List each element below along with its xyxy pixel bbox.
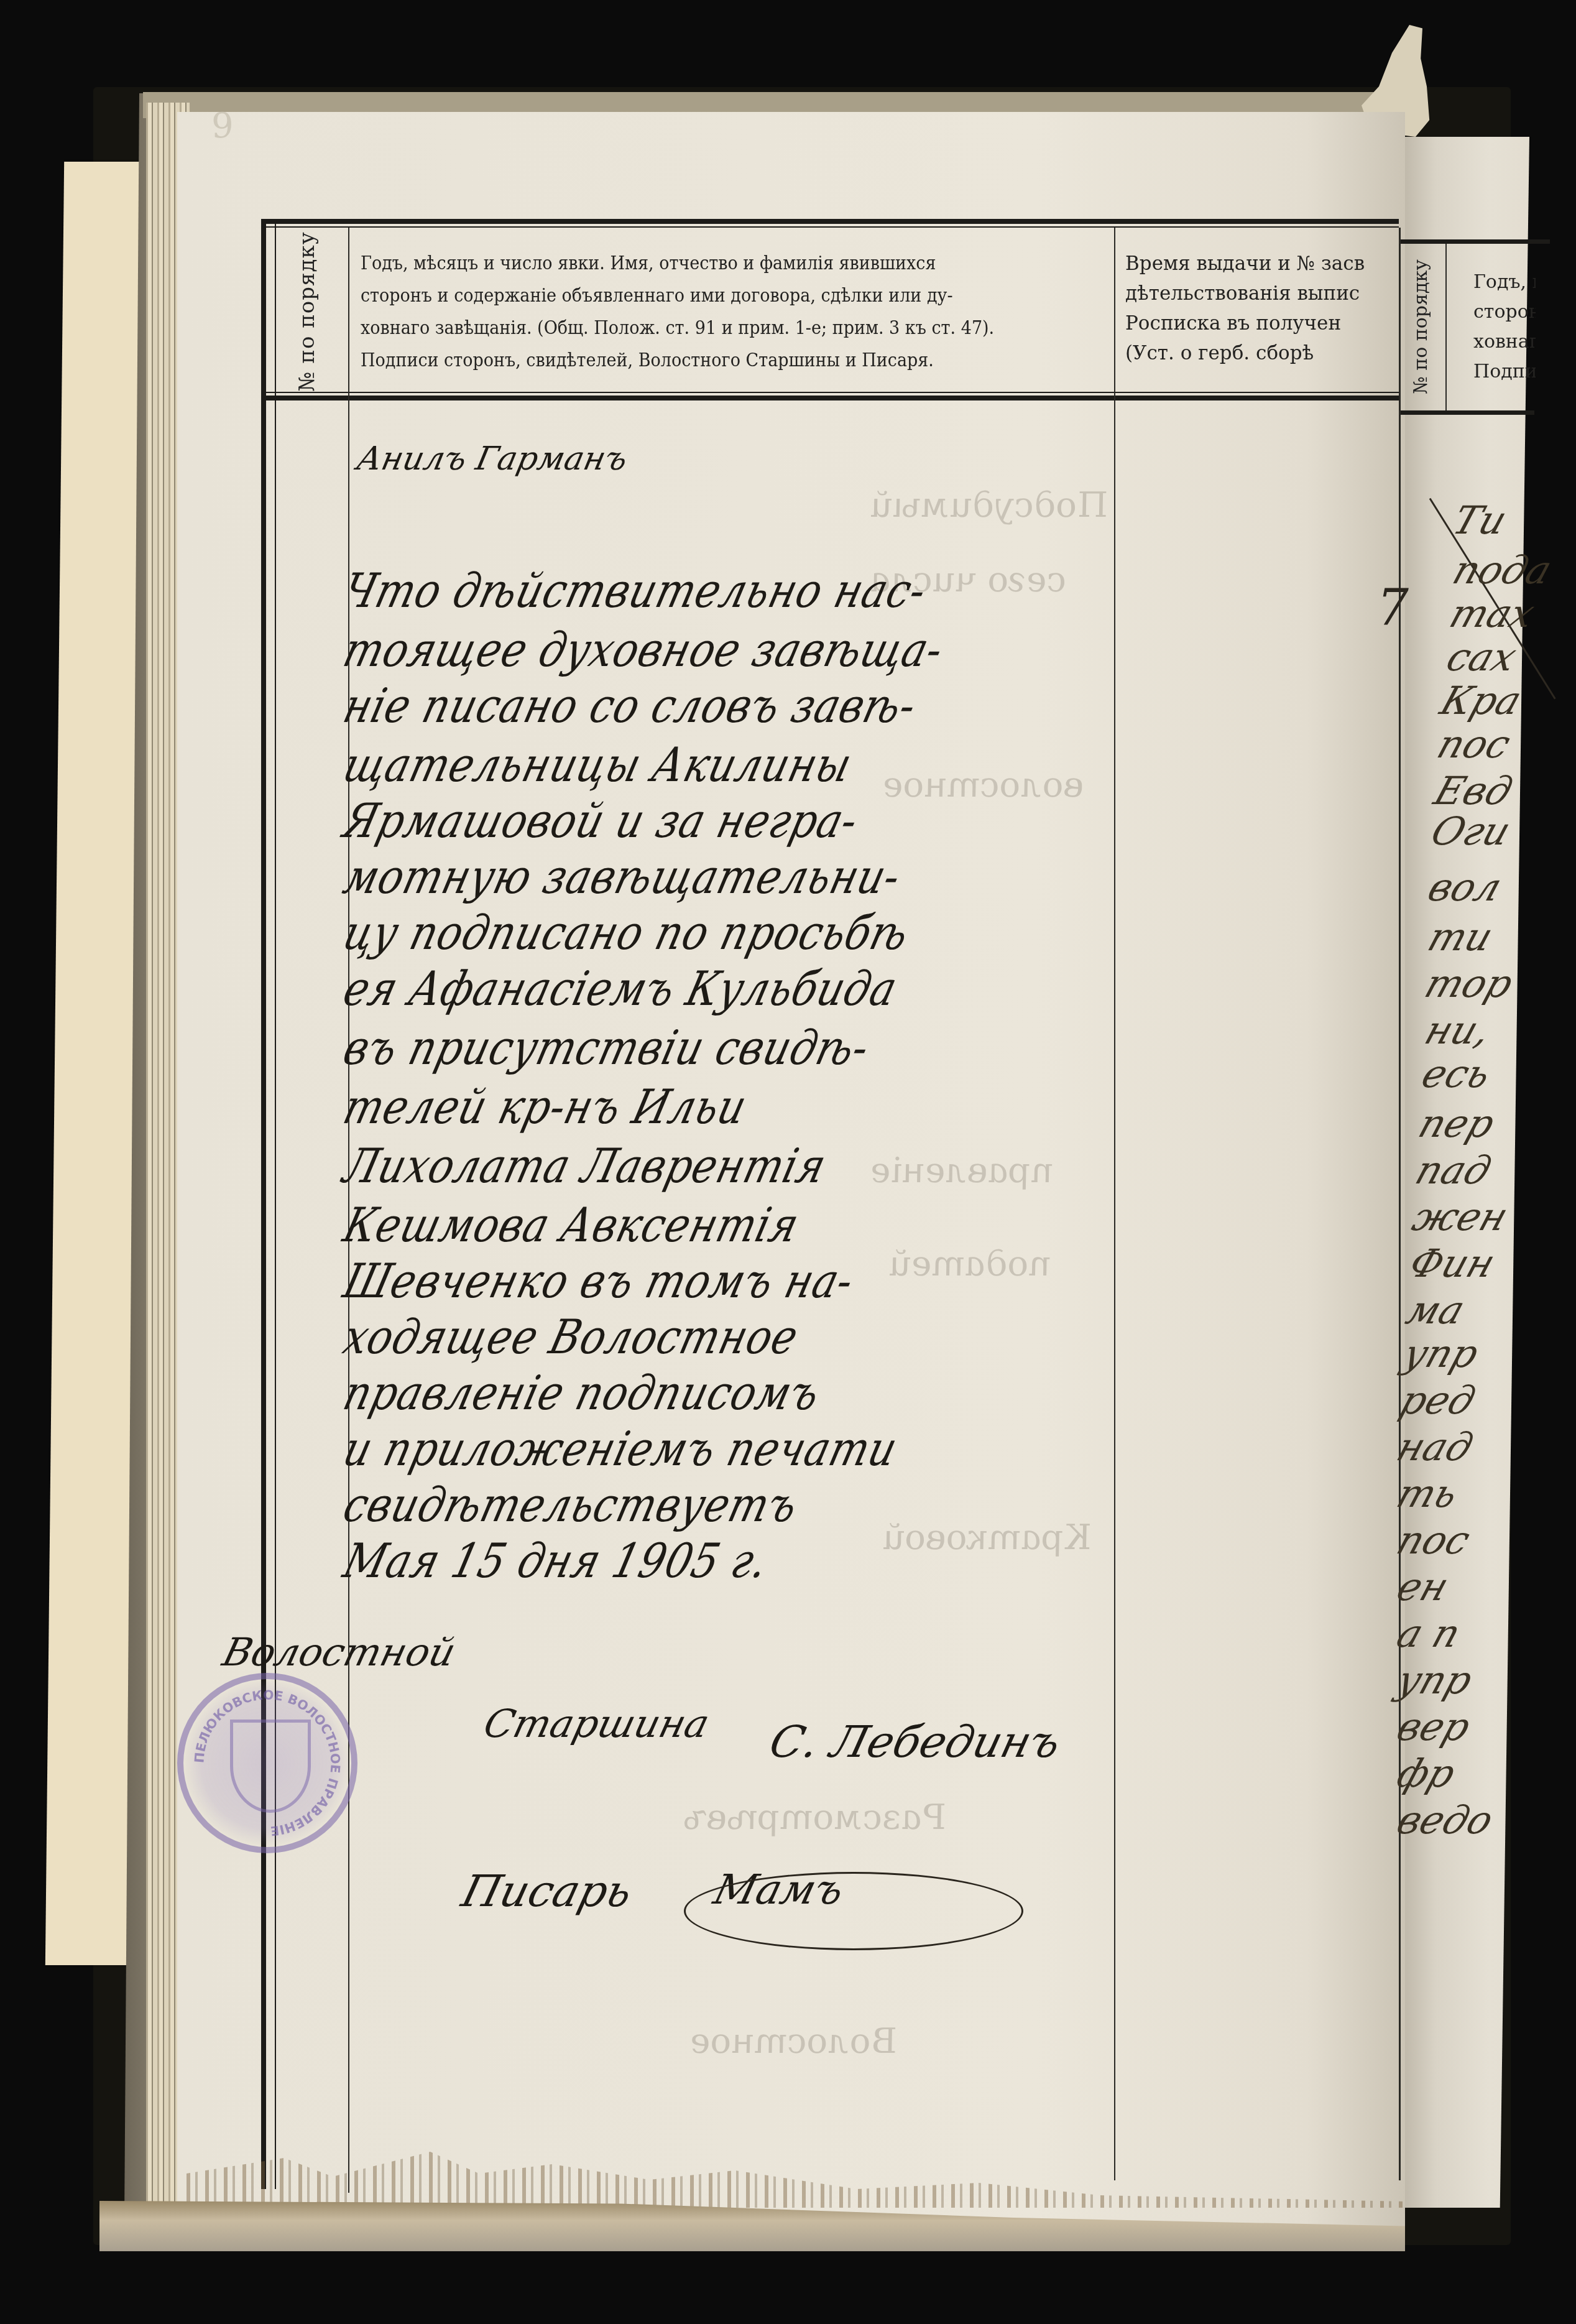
facing-fragment: ведо bbox=[1391, 1797, 1499, 1843]
svg-text:ПЕЛЮКОВСКОЕ ВОЛОСТНОЕ ПРАВЛЕНІ: ПЕЛЮКОВСКОЕ ВОЛОСТНОЕ ПРАВЛЕНІЕ bbox=[191, 1687, 343, 1838]
header-receipt-line: дѣтельствованія выпис bbox=[1125, 279, 1399, 308]
entry-line: правленіе подписомъ bbox=[338, 1365, 826, 1420]
facing-fragment: пос bbox=[1432, 721, 1516, 767]
entry-line: ніе писано со словъ завѣ- bbox=[338, 678, 922, 733]
entry-line: телей кр-нъ Ильи bbox=[338, 1079, 752, 1134]
official-seal-stamp: ПЕЛЮКОВСКОЕ ВОЛОСТНОЕ ПРАВЛЕНІЕ bbox=[177, 1673, 357, 1853]
entry-line: ея Афанасіемъ Кульбида bbox=[338, 961, 903, 1016]
header-main-column: Годъ, мѣсяцъ и число явки. Имя, отчество… bbox=[361, 248, 1032, 377]
facing-column-divider bbox=[1445, 244, 1447, 410]
header-main-line: сторонъ и содержаніе объявленнаго ими до… bbox=[361, 280, 1032, 312]
header-main-line: ховнаго завѣщанія. (Общ. Полож. ст. 91 и… bbox=[361, 312, 1032, 345]
facing-fragment: Евд bbox=[1429, 768, 1518, 813]
facing-header-line: ховнаг bbox=[1473, 327, 1536, 357]
entry-line: Шевченко въ томъ на- bbox=[338, 1253, 860, 1308]
entry-line: въ присутствіи свидѣ- bbox=[338, 1020, 875, 1075]
facing-header-line: сторон bbox=[1473, 297, 1536, 327]
facing-fragment: жен bbox=[1407, 1194, 1514, 1239]
entry-line: и приложеніемъ печати bbox=[338, 1421, 903, 1476]
signature-flourish bbox=[684, 1872, 1023, 1950]
facing-fragment: пос bbox=[1391, 1517, 1476, 1563]
header-receipt-line: (Уст. о герб. сборѣ bbox=[1125, 338, 1399, 368]
facing-fragment: Оги bbox=[1426, 808, 1516, 854]
entry-line: Кешмова Авксентія bbox=[338, 1197, 804, 1252]
facing-header-line: Годъ, м bbox=[1473, 267, 1536, 297]
header-bottom-rule-thin bbox=[261, 392, 1399, 393]
entry-line: ходящее Волостное bbox=[338, 1309, 804, 1364]
header-receipt-column: Время выдачи и № засв дѣтельствованія вы… bbox=[1125, 249, 1399, 368]
page-number: 9 bbox=[211, 106, 234, 146]
header-bottom-rule bbox=[261, 396, 1399, 400]
facing-header-number-column: № по порядку bbox=[1402, 249, 1439, 404]
header-receipt-line: Время выдачи и № засв bbox=[1125, 249, 1399, 279]
facing-header-main-column: Годъ, м сторон ховнаг Подпис bbox=[1473, 267, 1536, 387]
facing-fragment: вер bbox=[1391, 1704, 1476, 1749]
facing-fragment: вол bbox=[1422, 864, 1508, 910]
table-left-border bbox=[261, 221, 276, 2189]
entry-line: Что дѣйствительно нас- bbox=[338, 563, 932, 618]
facing-fragment: пода bbox=[1447, 547, 1557, 593]
header-main-line: Подписи сторонъ, свидѣтелей, Волостного … bbox=[361, 345, 1032, 377]
header-top-rule bbox=[261, 219, 1399, 224]
clerk-label: Писарь bbox=[457, 1866, 637, 1917]
entry-line: свидѣтельствуетъ bbox=[338, 1477, 803, 1532]
entry-heading: Анилъ Гарманъ bbox=[354, 440, 631, 478]
facing-fragment: пад bbox=[1410, 1147, 1497, 1193]
facing-fragment: тах bbox=[1444, 591, 1540, 636]
margin-entry-number: 7 bbox=[1377, 578, 1409, 636]
entry-line: щательницы Акилины bbox=[338, 737, 857, 792]
facing-fragment: над bbox=[1391, 1424, 1479, 1470]
page-edge-divider bbox=[1399, 228, 1401, 2180]
header-number-label: № по порядку bbox=[295, 231, 320, 391]
entry-line: мотную завѣщательни- bbox=[338, 849, 906, 904]
column-divider-main bbox=[1114, 228, 1115, 2180]
facing-header-line: Подпис bbox=[1473, 357, 1536, 387]
entry-line: Ярмашовой и за негра- bbox=[338, 793, 864, 848]
elder-signature: С. Лебединъ bbox=[765, 1716, 1066, 1767]
facing-fragment: упр bbox=[1391, 1657, 1478, 1703]
entry-line: тоящее духовное завѣща- bbox=[338, 622, 949, 677]
facing-fragment: Фин bbox=[1404, 1241, 1501, 1286]
signature-title-elder: Старшина bbox=[479, 1701, 714, 1746]
facing-fragment: ред bbox=[1394, 1377, 1481, 1423]
entry-date-line: Мая 15 дня 1905 г. bbox=[338, 1533, 774, 1588]
header-top-rule-thin bbox=[261, 226, 1399, 228]
entry-line: цу подписано по просьбѣ bbox=[338, 905, 915, 960]
seal-text-ring: ПЕЛЮКОВСКОЕ ВОЛОСТНОЕ ПРАВЛЕНІЕ bbox=[183, 1679, 351, 1847]
facing-fragment: тор bbox=[1419, 961, 1519, 1006]
header-receipt-line: Росписка въ получен bbox=[1125, 308, 1399, 338]
header-number-column: № по порядку bbox=[267, 231, 347, 392]
facing-header-number-label: № по порядку bbox=[1410, 259, 1432, 394]
facing-header-bottom-rule bbox=[1401, 410, 1534, 415]
facing-header-top-rule bbox=[1401, 239, 1550, 244]
signature-title-volost: Волостной bbox=[218, 1629, 461, 1675]
facing-fragment: Кра bbox=[1435, 678, 1527, 723]
facing-fragment: пер bbox=[1413, 1101, 1500, 1146]
facing-fragment: упр bbox=[1398, 1331, 1484, 1376]
header-main-line: Годъ, мѣсяцъ и число явки. Имя, отчество… bbox=[361, 248, 1032, 280]
entry-line: Лихолата Лаврентія bbox=[338, 1138, 832, 1193]
